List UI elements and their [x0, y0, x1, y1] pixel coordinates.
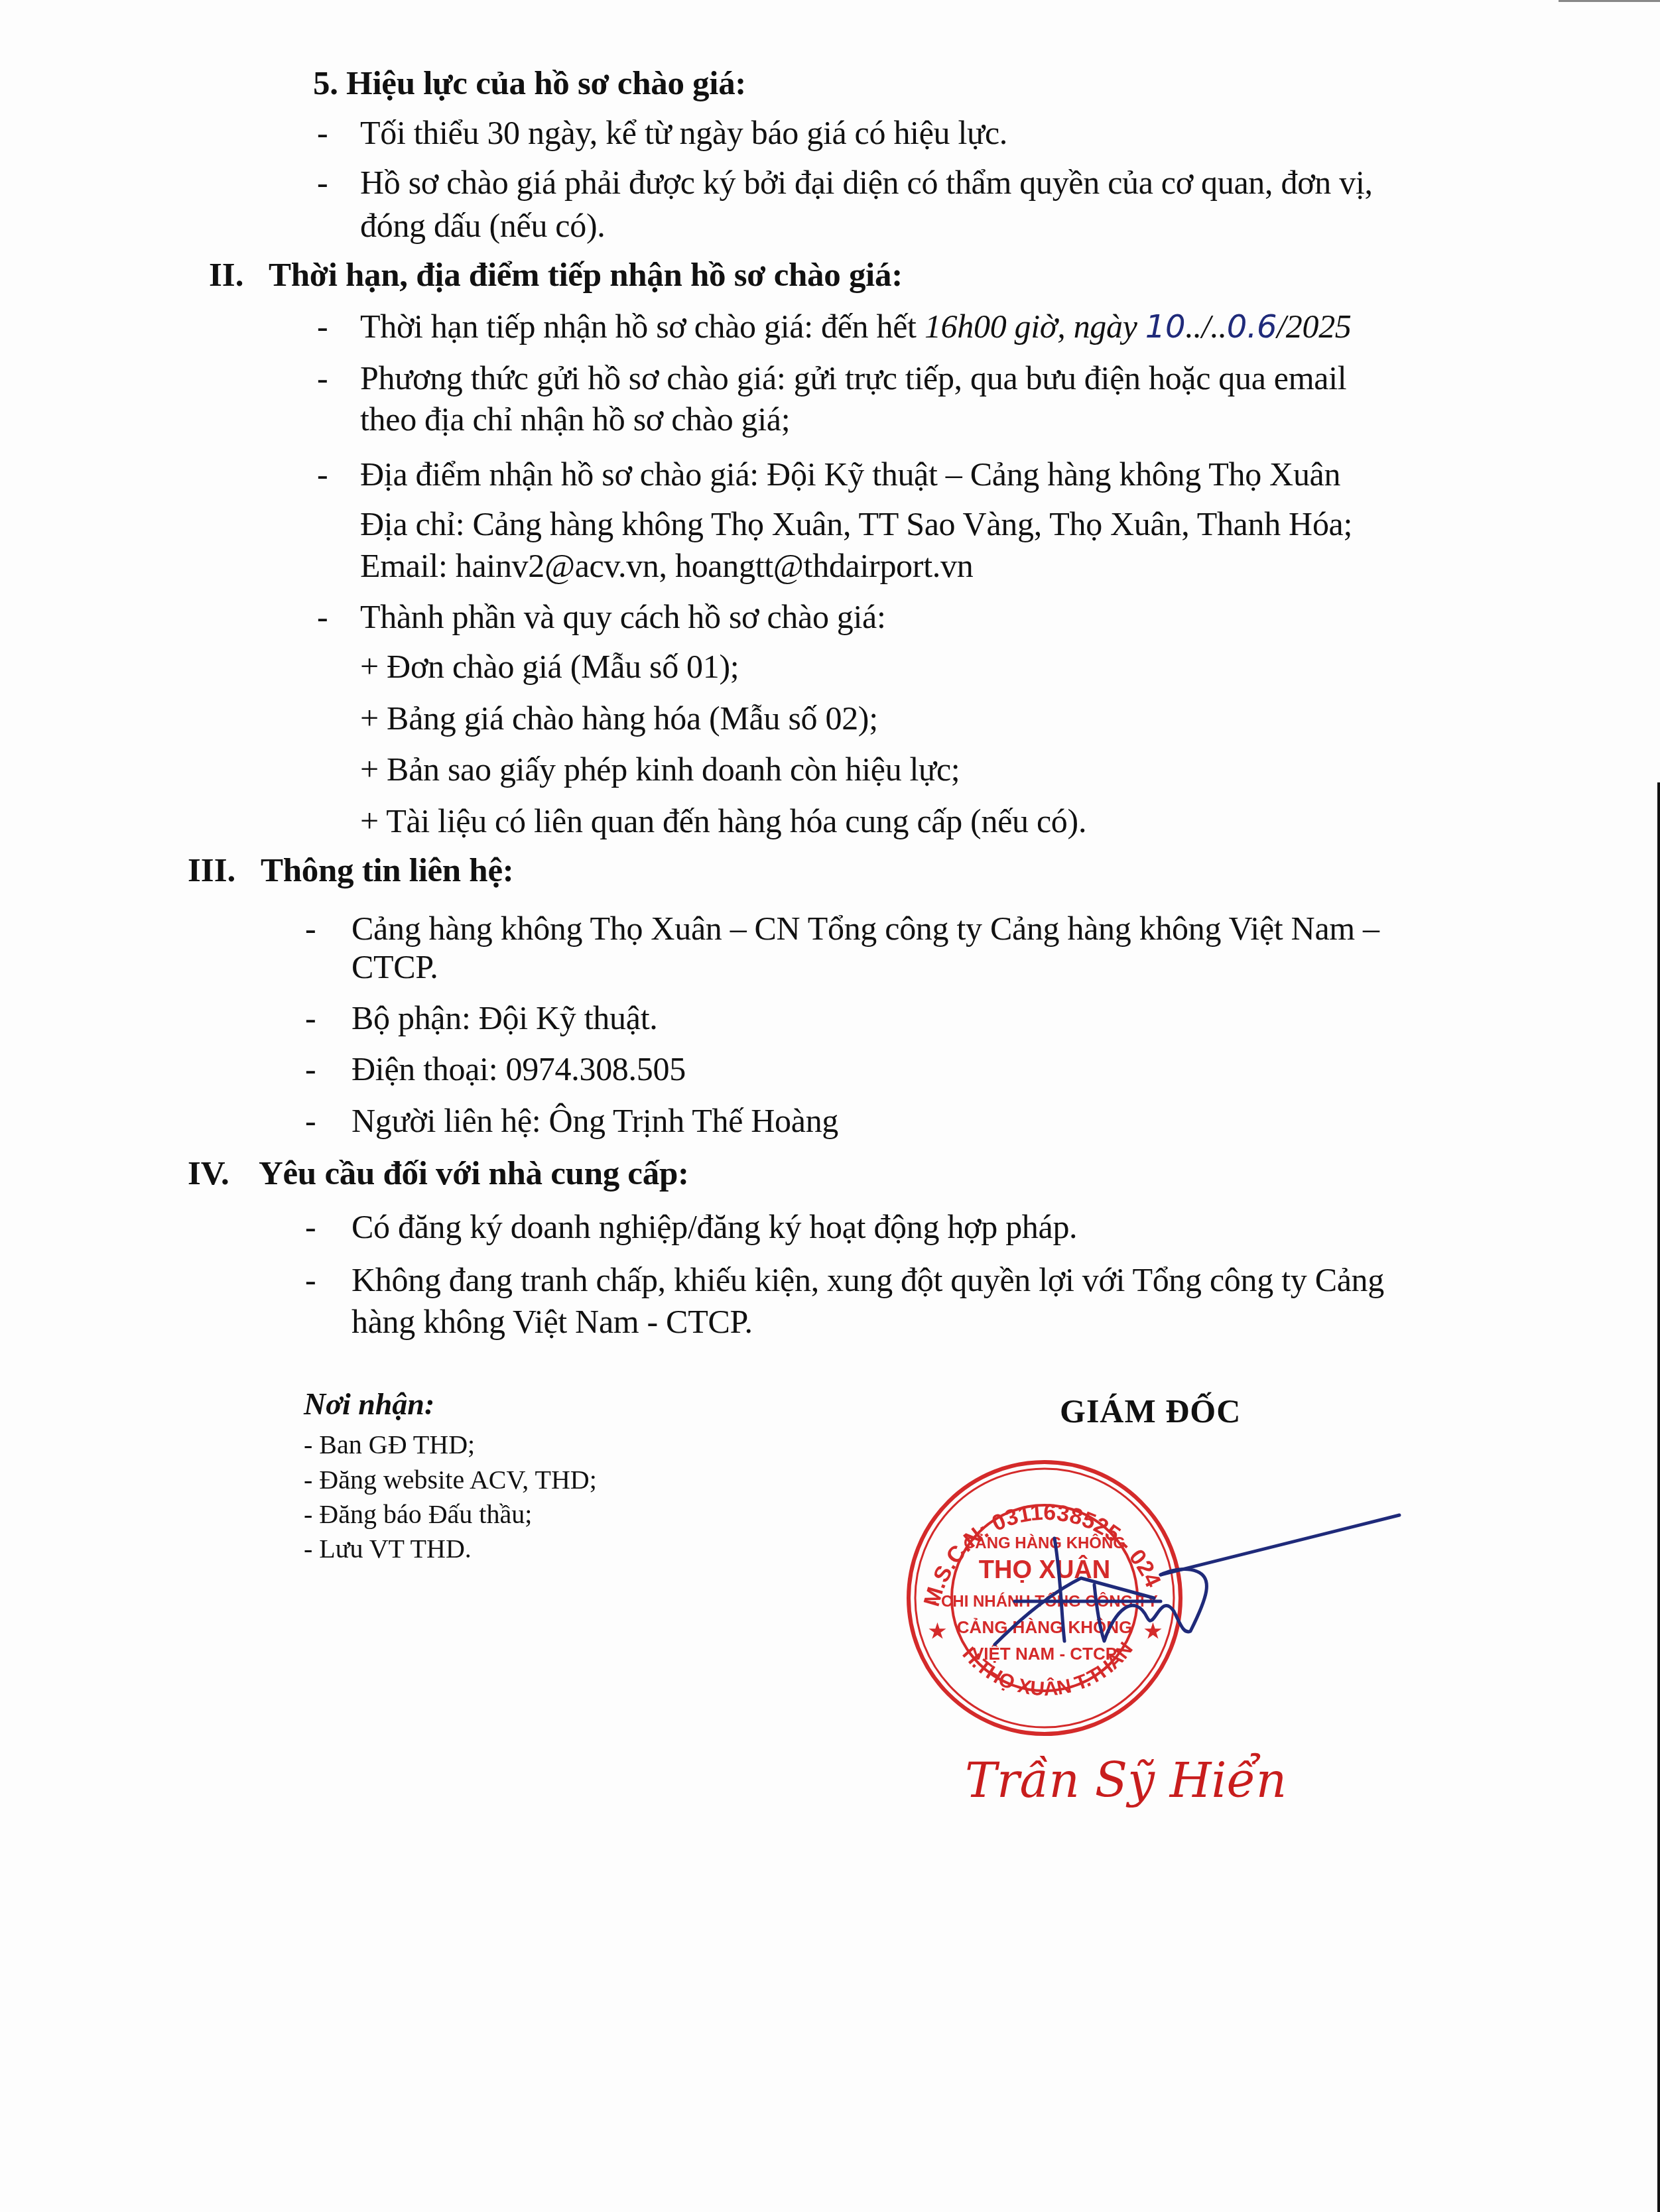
- section-numeral: IV.: [188, 1154, 229, 1194]
- requirement-item: Có đăng ký doanh nghiệp/đăng ký hoạt độn…: [351, 1207, 1077, 1247]
- recipient-item: - Đăng báo Đấu thầu;: [304, 1497, 532, 1532]
- bullet-dash: -: [305, 908, 316, 948]
- deadline-item: Thời hạn tiếp nhận hồ sơ chào giá: đến h…: [360, 306, 1352, 347]
- handwritten-month: 0.6: [1227, 308, 1277, 345]
- component-item: + Bản sao giấy phép kinh doanh còn hiệu …: [360, 749, 960, 789]
- bullet-dash: -: [317, 113, 328, 153]
- email-line: Email: hainv2@acv.vn, hoangtt@thdairport…: [360, 546, 973, 585]
- component-item: + Đơn chào giá (Mẫu số 01);: [360, 646, 739, 686]
- document-page: 5. Hiệu lực của hồ sơ chào giá: - Tối th…: [0, 0, 1660, 2212]
- deadline-separator: ../..: [1185, 308, 1226, 345]
- deadline-prefix: Thời hạn tiếp nhận hồ sơ chào giá: đến h…: [360, 308, 925, 345]
- bullet-dash: -: [317, 162, 328, 202]
- contact-item: Người liên hệ: Ông Trịnh Thế Hoàng: [351, 1101, 838, 1140]
- recipients-title: Nơi nhận:: [304, 1386, 434, 1423]
- signer-name: Trần Sỹ Hiển: [965, 1751, 1287, 1810]
- component-item: + Bảng giá chào hàng hóa (Mẫu số 02);: [360, 698, 878, 738]
- bullet-dash: -: [305, 1101, 316, 1140]
- deadline-time: 16h00 giờ, ngày: [925, 308, 1145, 345]
- method-item-cont: theo địa chỉ nhận hồ sơ chào giá;: [360, 399, 790, 439]
- org-item: Cảng hàng không Thọ Xuân – CN Tổng công …: [351, 908, 1379, 948]
- bullet-dash: -: [317, 306, 328, 346]
- handwritten-day: 10: [1145, 308, 1185, 345]
- section-ii-heading: Thời hạn, địa điểm tiếp nhận hồ sơ chào …: [269, 255, 903, 295]
- section-5-heading: 5. Hiệu lực của hồ sơ chào giá:: [313, 64, 746, 103]
- page-edge-shadow: [1559, 0, 1660, 2]
- org-item-cont: CTCP.: [351, 947, 438, 987]
- bullet-dash: -: [305, 1260, 316, 1300]
- validity-item: Tối thiểu 30 ngày, kể từ ngày báo giá có…: [360, 113, 1007, 153]
- address-line: Địa chỉ: Cảng hàng không Thọ Xuân, TT Sa…: [360, 504, 1352, 544]
- requirement-item-cont: hàng không Việt Nam - CTCP.: [351, 1302, 753, 1341]
- section-numeral: III.: [188, 851, 235, 891]
- recipient-item: - Lưu VT THD.: [304, 1532, 472, 1566]
- phone-item: Điện thoại: 0974.308.505: [351, 1049, 686, 1089]
- handwritten-signature-icon: [962, 1512, 1413, 1671]
- validity-item-cont: đóng dấu (nếu có).: [360, 206, 605, 245]
- component-item: + Tài liệu có liên quan đến hàng hóa cun…: [360, 801, 1086, 841]
- bullet-dash: -: [317, 597, 328, 637]
- svg-text:★: ★: [928, 1621, 946, 1642]
- bullet-dash: -: [305, 1207, 316, 1247]
- bullet-dash: -: [305, 1049, 316, 1089]
- recipient-item: - Đăng website ACV, THD;: [304, 1463, 597, 1497]
- recipient-item: - Ban GĐ THD;: [304, 1428, 475, 1462]
- bullet-dash: -: [317, 358, 328, 398]
- section-numeral: II.: [209, 255, 243, 295]
- validity-item: Hồ sơ chào giá phải được ký bởi đại diện…: [360, 162, 1373, 202]
- bullet-dash: -: [305, 998, 316, 1038]
- method-item: Phương thức gửi hồ sơ chào giá: gửi trực…: [360, 358, 1346, 398]
- deadline-year: /2025: [1277, 308, 1351, 345]
- page-edge-shadow: [1657, 782, 1660, 2212]
- components-label: Thành phần và quy cách hồ sơ chào giá:: [360, 597, 886, 637]
- location-item: Địa điểm nhận hồ sơ chào giá: Đội Kỹ thu…: [360, 454, 1340, 494]
- signatory-title: GIÁM ĐỐC: [1060, 1391, 1241, 1431]
- department-item: Bộ phận: Đội Kỹ thuật.: [351, 998, 657, 1038]
- section-iv-heading: Yêu cầu đối với nhà cung cấp:: [259, 1154, 689, 1194]
- bullet-dash: -: [317, 454, 328, 494]
- requirement-item: Không đang tranh chấp, khiếu kiện, xung …: [351, 1260, 1384, 1300]
- section-iii-heading: Thông tin liên hệ:: [261, 851, 513, 891]
